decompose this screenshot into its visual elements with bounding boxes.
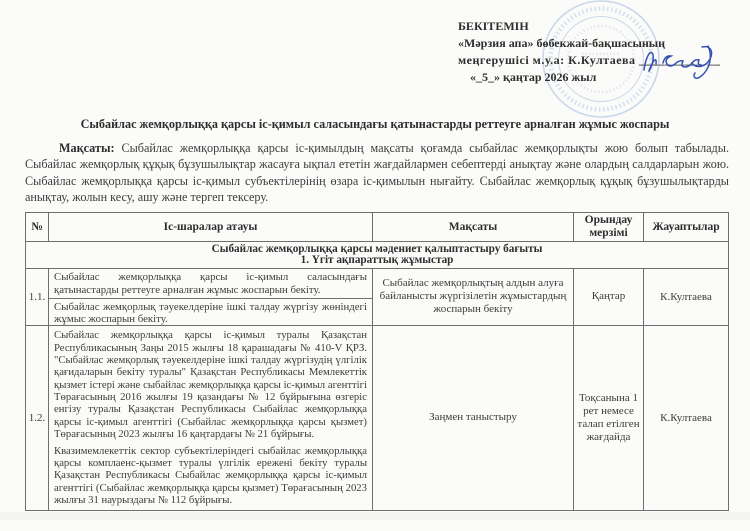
table-row: 1.1. Сыбайлас жемқорлыққа қарсы іс-қимыл… xyxy=(26,268,729,325)
col-header-num: № xyxy=(26,213,49,242)
table-header-row: № Іс-шаралар атауы Мақсаты Орындау мерзі… xyxy=(26,213,729,242)
section-title: Сыбайлас жемқорлыққа қарсы мәдениет қалы… xyxy=(26,243,728,254)
approval-block: БЕКІТЕМІН «Мәрзия апа» бөбекжай-бақшасын… xyxy=(458,18,742,86)
approval-word: БЕКІТЕМІН xyxy=(458,18,742,35)
scanned-document-page: БЕКІТЕМІН «Мәрзия апа» бөбекжай-бақшасын… xyxy=(0,0,750,531)
purpose-label: Мақсаты: xyxy=(59,141,115,155)
approval-date: «_5_» қаңтар 2026 жыл xyxy=(458,69,742,86)
purpose-cell: Сыбайлас жемқорлықтың алдын алуға байлан… xyxy=(373,268,574,325)
col-header-term: Орындау мерзімі xyxy=(574,213,644,242)
scan-artifact-band xyxy=(0,512,750,520)
term-cell: Тоқсанына 1 рет немесе талап етілген жағ… xyxy=(574,325,644,510)
purpose-cell: Заңмен таныстыру xyxy=(373,325,574,510)
document-title: Сыбайлас жемқорлыққа қарсы іс-қимыл сала… xyxy=(24,117,726,132)
activity-subitem: Сыбайлас жемқорлық тәуекелдеріне ішкі та… xyxy=(49,299,372,325)
activity-cell: Сыбайлас жемқорлыққа қарсы іс-қимыл сала… xyxy=(49,268,373,325)
col-header-activity: Іс-шаралар атауы xyxy=(49,213,373,242)
term-cell: Қаңтар xyxy=(574,268,644,325)
section-header-cell: Сыбайлас жемқорлыққа қарсы мәдениет қалы… xyxy=(26,242,729,269)
manager-signature-line: меңгерушісі м.у.а: К.Култаева __________… xyxy=(458,52,742,69)
col-header-responsible: Жауаптылар xyxy=(644,213,729,242)
responsible-cell: К.Култаева xyxy=(644,268,729,325)
section-header-row: Сыбайлас жемқорлыққа қарсы мәдениет қалы… xyxy=(26,242,729,269)
activity-paragraph: Квазимемлекеттік сектор субъектілеріндег… xyxy=(49,443,372,509)
row-number: 1.1. xyxy=(26,268,49,325)
section-subtitle: 1. Үгіт ақпараттық жұмыстар xyxy=(26,254,728,265)
organization-name: «Мәрзия апа» бөбекжай-бақшасының xyxy=(458,35,742,52)
signature-underline: __________ __ xyxy=(639,53,721,67)
manager-name: меңгерушісі м.у.а: К.Култаева xyxy=(458,53,636,67)
purpose-text: Сыбайлас жемқорлыққа қарсы іс-қимылдың м… xyxy=(25,141,729,204)
work-plan-table: № Іс-шаралар атауы Мақсаты Орындау мерзі… xyxy=(25,212,729,511)
row-number: 1.2. xyxy=(26,325,49,510)
activity-cell: Сыбайлас жемқорлыққа қарсы іс-қимыл тура… xyxy=(49,325,373,510)
col-header-purpose: Мақсаты xyxy=(373,213,574,242)
table-row: 1.2. Сыбайлас жемқорлыққа қарсы іс-қимыл… xyxy=(26,325,729,510)
responsible-cell: К.Култаева xyxy=(644,325,729,510)
purpose-paragraph: Мақсаты: Сыбайлас жемқорлыққа қарсы іс-қ… xyxy=(25,140,729,206)
activity-paragraph: Сыбайлас жемқорлыққа қарсы іс-қимыл тура… xyxy=(49,327,372,442)
activity-subitem: Сыбайлас жемқорлыққа қарсы іс-қимыл сала… xyxy=(49,269,372,299)
